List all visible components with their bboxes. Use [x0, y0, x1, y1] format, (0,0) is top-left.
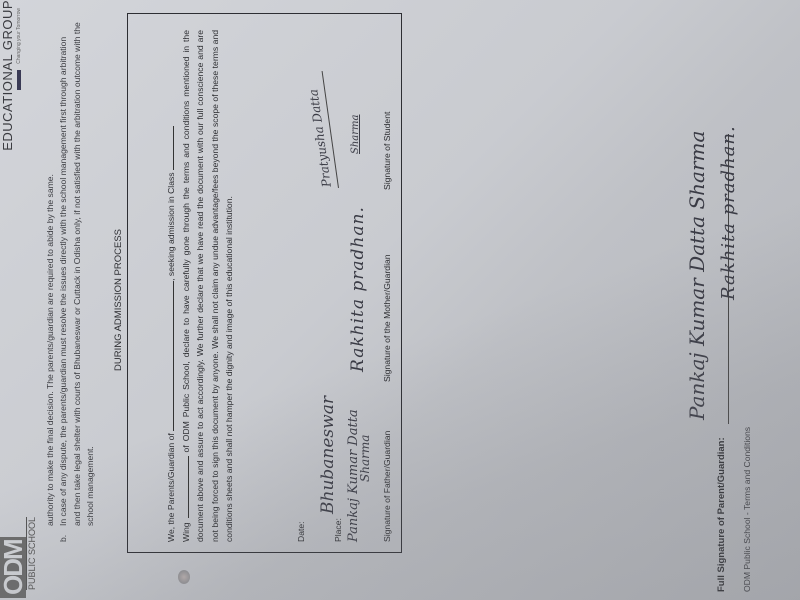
section-title: DURING ADMISSION PROCESS	[113, 0, 124, 600]
father-signature-label: Signature of Father/Guardian	[382, 431, 392, 542]
previous-clause: authority to make the final decision. Th…	[44, 22, 97, 542]
place-value: Bhubaneswar	[318, 396, 338, 514]
clause-continuation: authority to make the final decision. Th…	[44, 22, 57, 542]
page-footer: ODM Public School - Terms and Conditions	[742, 427, 752, 592]
student-signature-label: Signature of Student	[382, 112, 392, 190]
clause-marker: b.	[57, 535, 70, 542]
student-name-blank[interactable]	[164, 281, 174, 431]
class-blank[interactable]	[164, 126, 174, 170]
full-signature-label: Full Signature of Parent/Guardian:	[716, 437, 727, 592]
logo-mark: ODM	[0, 537, 26, 598]
decl-part2: , seeking admission in Class	[166, 172, 176, 280]
declaration-box: We, the Parents/Guardian of , seeking ad…	[127, 13, 402, 553]
student-signature-line1: Pratyusha Datta	[306, 88, 334, 188]
full-signature-line1: Pankaj Kumar Datta Sharma	[685, 131, 709, 420]
clause-item-b: b. In case of any dispute, the parents/g…	[57, 22, 97, 542]
father-signature-line2: Sharma	[358, 435, 372, 482]
decl-part1: We, the Parents/Guardian of	[166, 433, 176, 542]
brand-tagline: Changing your Tomorrow	[16, 8, 22, 64]
staple-mark	[178, 570, 190, 584]
full-signature-line2: Rakhita pradhan.	[718, 125, 739, 300]
school-logo: ODM PUBLIC SCHOOL	[0, 516, 30, 598]
decl-part3: Wing	[181, 522, 191, 542]
mother-signature: Rakhita pradhan.	[348, 206, 368, 372]
declaration-text: We, the Parents/Guardian of , seeking ad…	[164, 30, 237, 542]
wing-blank[interactable]	[179, 456, 189, 518]
place-label: Place:	[333, 518, 343, 542]
logo-subtitle: PUBLIC SCHOOL	[26, 517, 37, 590]
student-signature-line2: Sharma	[350, 115, 361, 154]
date-label: Date:	[296, 521, 306, 542]
brand-name: EDUCATIONAL GROUP	[0, 0, 15, 151]
clause-text: In case of any dispute, the parents/guar…	[58, 22, 95, 526]
document-page: ODM PUBLIC SCHOOL EDUCATIONAL GROUP Chan…	[0, 0, 800, 600]
decl-part4: of ODM Public School, declare to have ca…	[181, 30, 235, 542]
brand-accent-bar	[17, 70, 21, 90]
mother-signature-label: Signature of the Mother/Guardian	[382, 254, 392, 382]
